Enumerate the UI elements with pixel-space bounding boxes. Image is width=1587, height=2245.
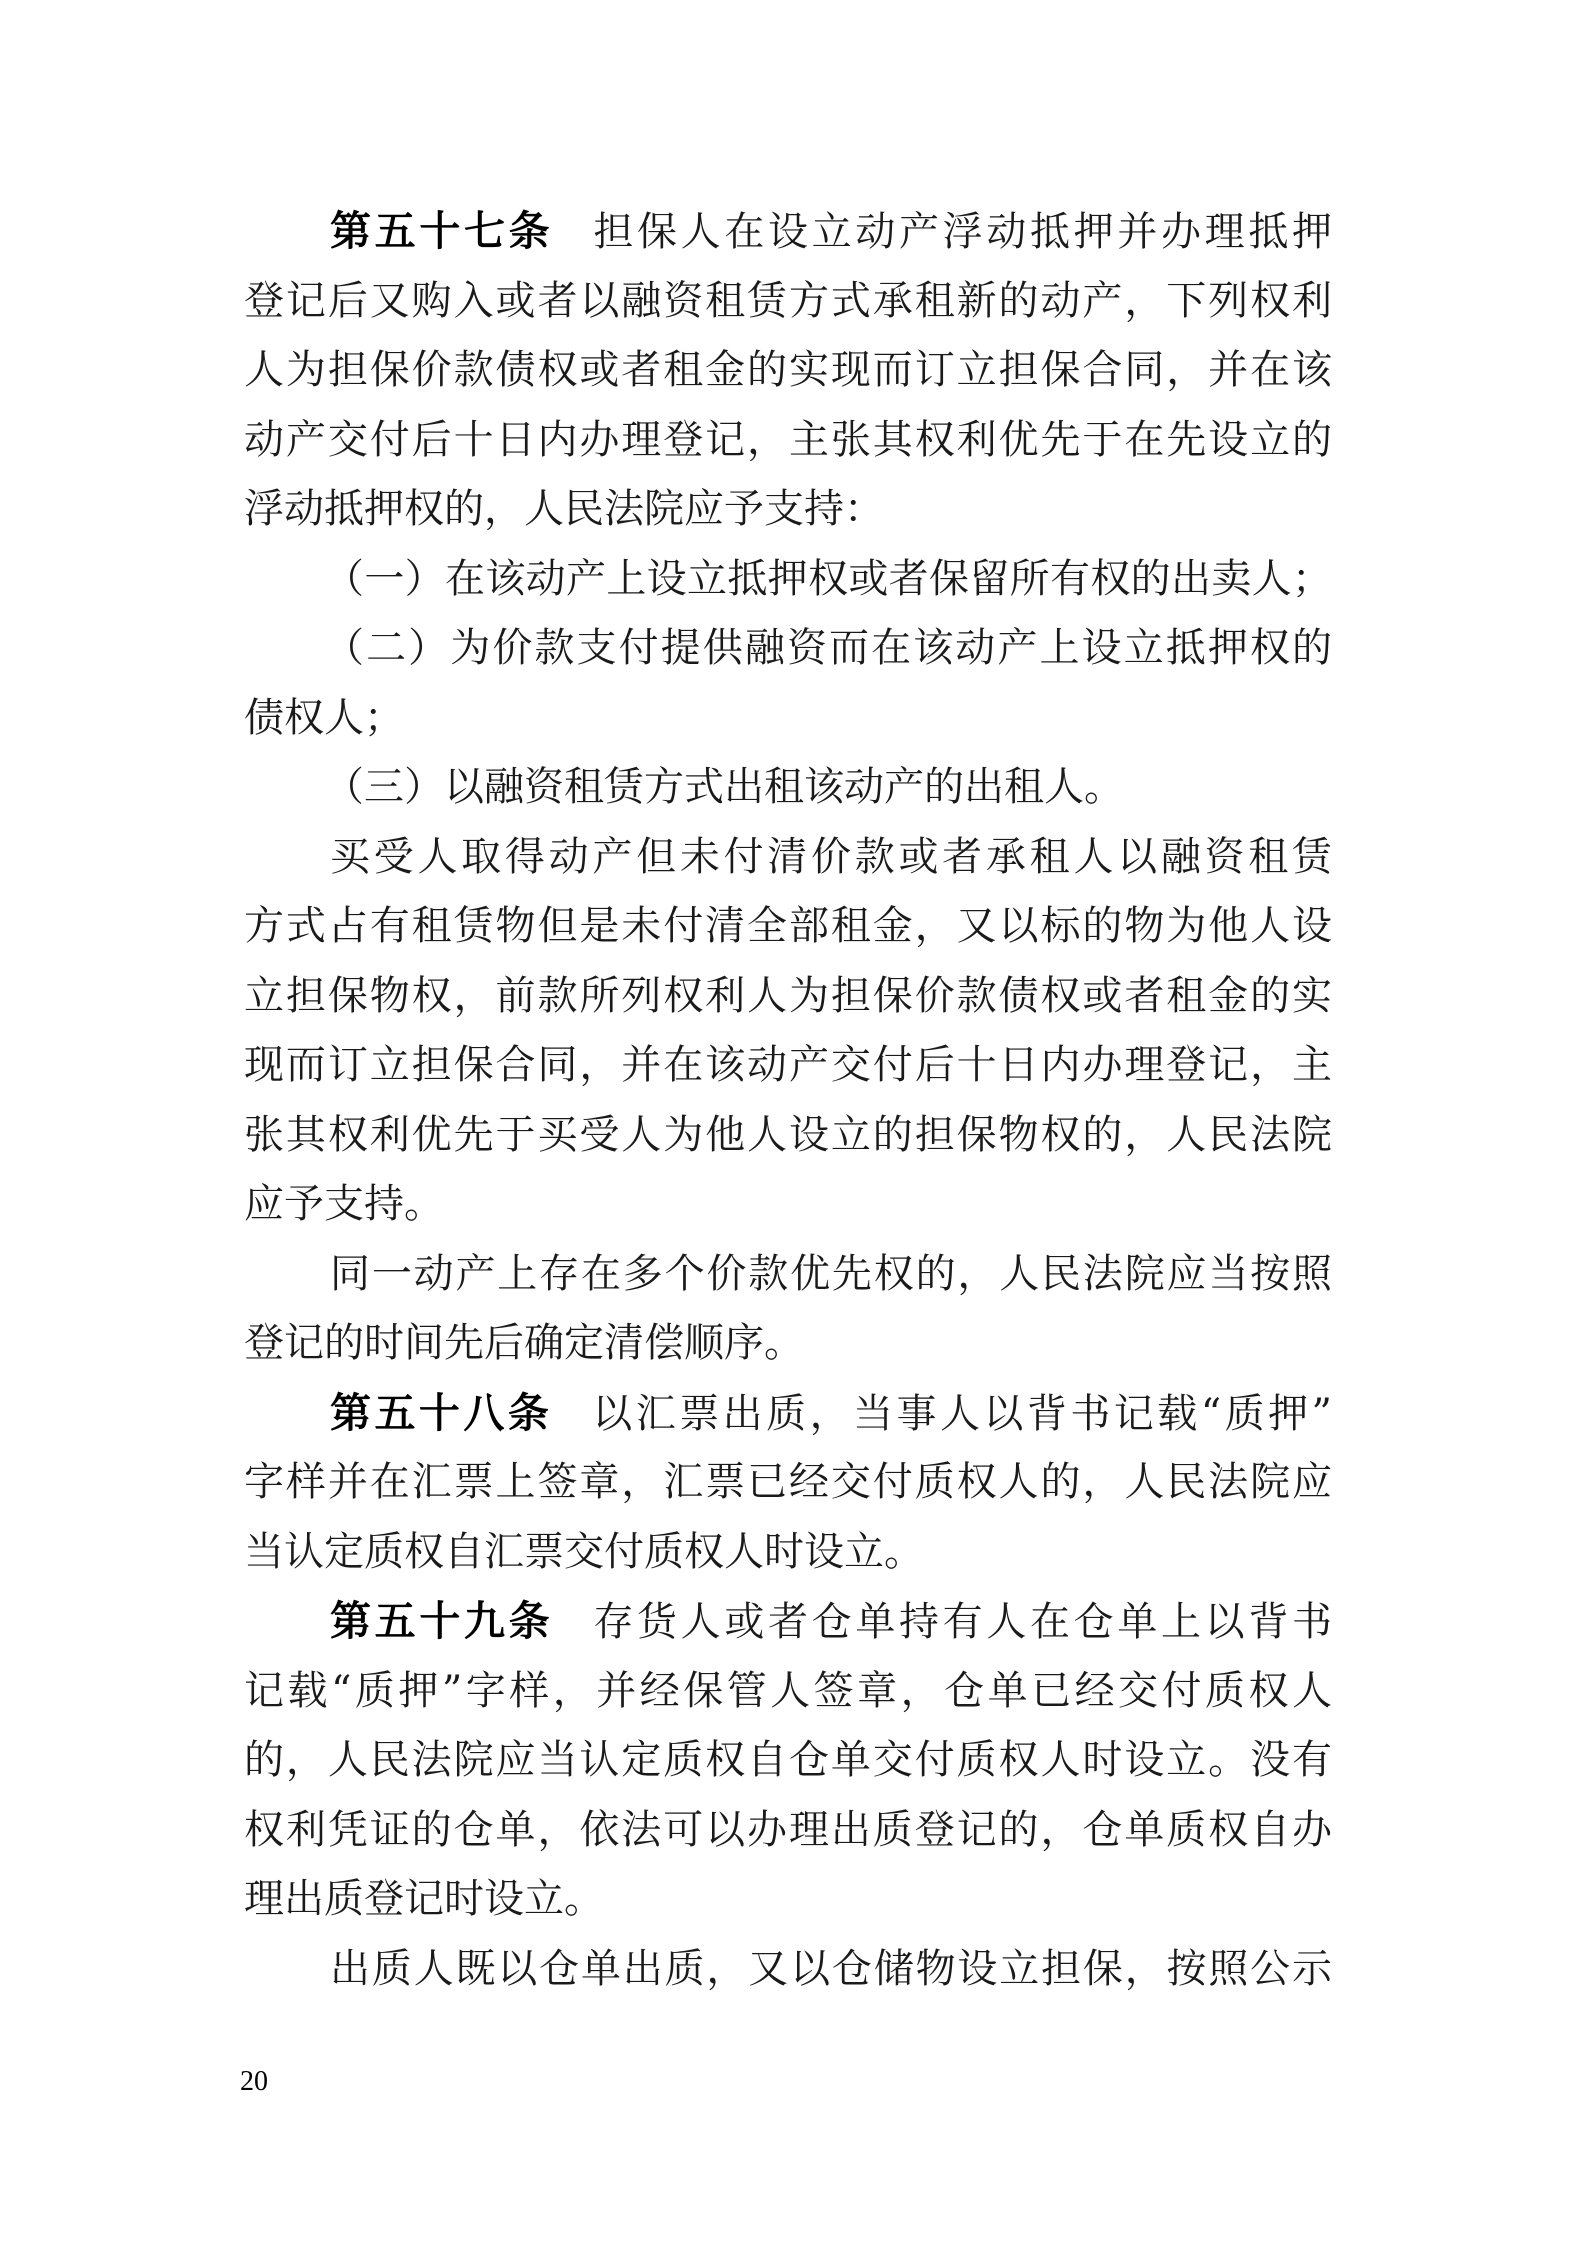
list-item-3: （三）以融资租赁方式出租该动产的出租人。: [244, 753, 1332, 823]
paragraph-line: 出质人既以仓单出质，又以仓储物设立担保，按照公示: [244, 1935, 1332, 2005]
article-57-heading-line: 第五十七条担保人在设立动产浮动抵押并办理抵押: [244, 197, 1332, 267]
document-page: 第五十七条担保人在设立动产浮动抵押并办理抵押 登记后又购入或者以融资租赁方式承租…: [0, 0, 1587, 2245]
paragraph-line: 张其权利优先于买受人为他人设立的担保物权的，人民法院: [244, 1101, 1332, 1171]
paragraph-line: 当认定质权自汇票交付质权人时设立。: [244, 1518, 1332, 1588]
article-heading: 第五十九条: [330, 1597, 553, 1645]
paragraph-text: 存货人或者仓单持有人在仓单上以背书: [593, 1599, 1332, 1645]
paragraph-text: 担保人在设立动产浮动抵押并办理抵押: [593, 209, 1332, 255]
page-body: 第五十七条担保人在设立动产浮动抵押并办理抵押 登记后又购入或者以融资租赁方式承租…: [244, 197, 1332, 2004]
paragraph-line: 权利凭证的仓单，依法可以办理出质登记的，仓单质权自办: [244, 1796, 1332, 1866]
paragraph-line: 登记后又购入或者以融资租赁方式承租新的动产，下列权利: [244, 267, 1332, 337]
list-item-2: （二）为价款支付提供融资而在该动产上设立抵押权的: [244, 614, 1332, 684]
paragraph-line: 现而订立担保合同，并在该动产交付后十日内办理登记，主: [244, 1031, 1332, 1101]
paragraph-line: 人为担保价款债权或者租金的实现而订立担保合同，并在该: [244, 336, 1332, 406]
paragraph-line: 立担保物权，前款所列权利人为担保价款债权或者租金的实: [244, 962, 1332, 1032]
paragraph-line: 登记的时间先后确定清偿顺序。: [244, 1309, 1332, 1379]
page-number: 20: [240, 2066, 268, 2098]
paragraph-line: 买受人取得动产但未付清价款或者承租人以融资租赁: [244, 823, 1332, 893]
article-heading: 第五十七条: [330, 207, 553, 255]
paragraph-line: 记载“质押”字样，并经保管人签章，仓单已经交付质权人: [244, 1657, 1332, 1727]
paragraph-line: 浮动抵押权的，人民法院应予支持：: [244, 475, 1332, 545]
paragraph-line: 应予支持。: [244, 1170, 1332, 1240]
paragraph-line: 字样并在汇票上签章，汇票已经交付质权人的，人民法院应: [244, 1448, 1332, 1518]
paragraph-line: 同一动产上存在多个价款优先权的，人民法院应当按照: [244, 1240, 1332, 1310]
paragraph-line: 理出质登记时设立。: [244, 1865, 1332, 1935]
paragraph-line: 动产交付后十日内办理登记，主张其权利优先于在先设立的: [244, 406, 1332, 476]
list-item-2-continued: 债权人；: [244, 684, 1332, 754]
article-59-heading-line: 第五十九条存货人或者仓单持有人在仓单上以背书: [244, 1587, 1332, 1657]
article-heading: 第五十八条: [330, 1389, 552, 1437]
paragraph-line: 的，人民法院应当认定质权自仓单交付质权人时设立。没有: [244, 1726, 1332, 1796]
paragraph-text: 以汇票出质，当事人以背书记载“质押”: [592, 1391, 1332, 1437]
list-item-1: （一）在该动产上设立抵押权或者保留所有权的出卖人；: [244, 545, 1332, 615]
article-58-heading-line: 第五十八条以汇票出质，当事人以背书记载“质押”: [244, 1379, 1332, 1449]
paragraph-line: 方式占有租赁物但是未付清全部租金，又以标的物为他人设: [244, 892, 1332, 962]
